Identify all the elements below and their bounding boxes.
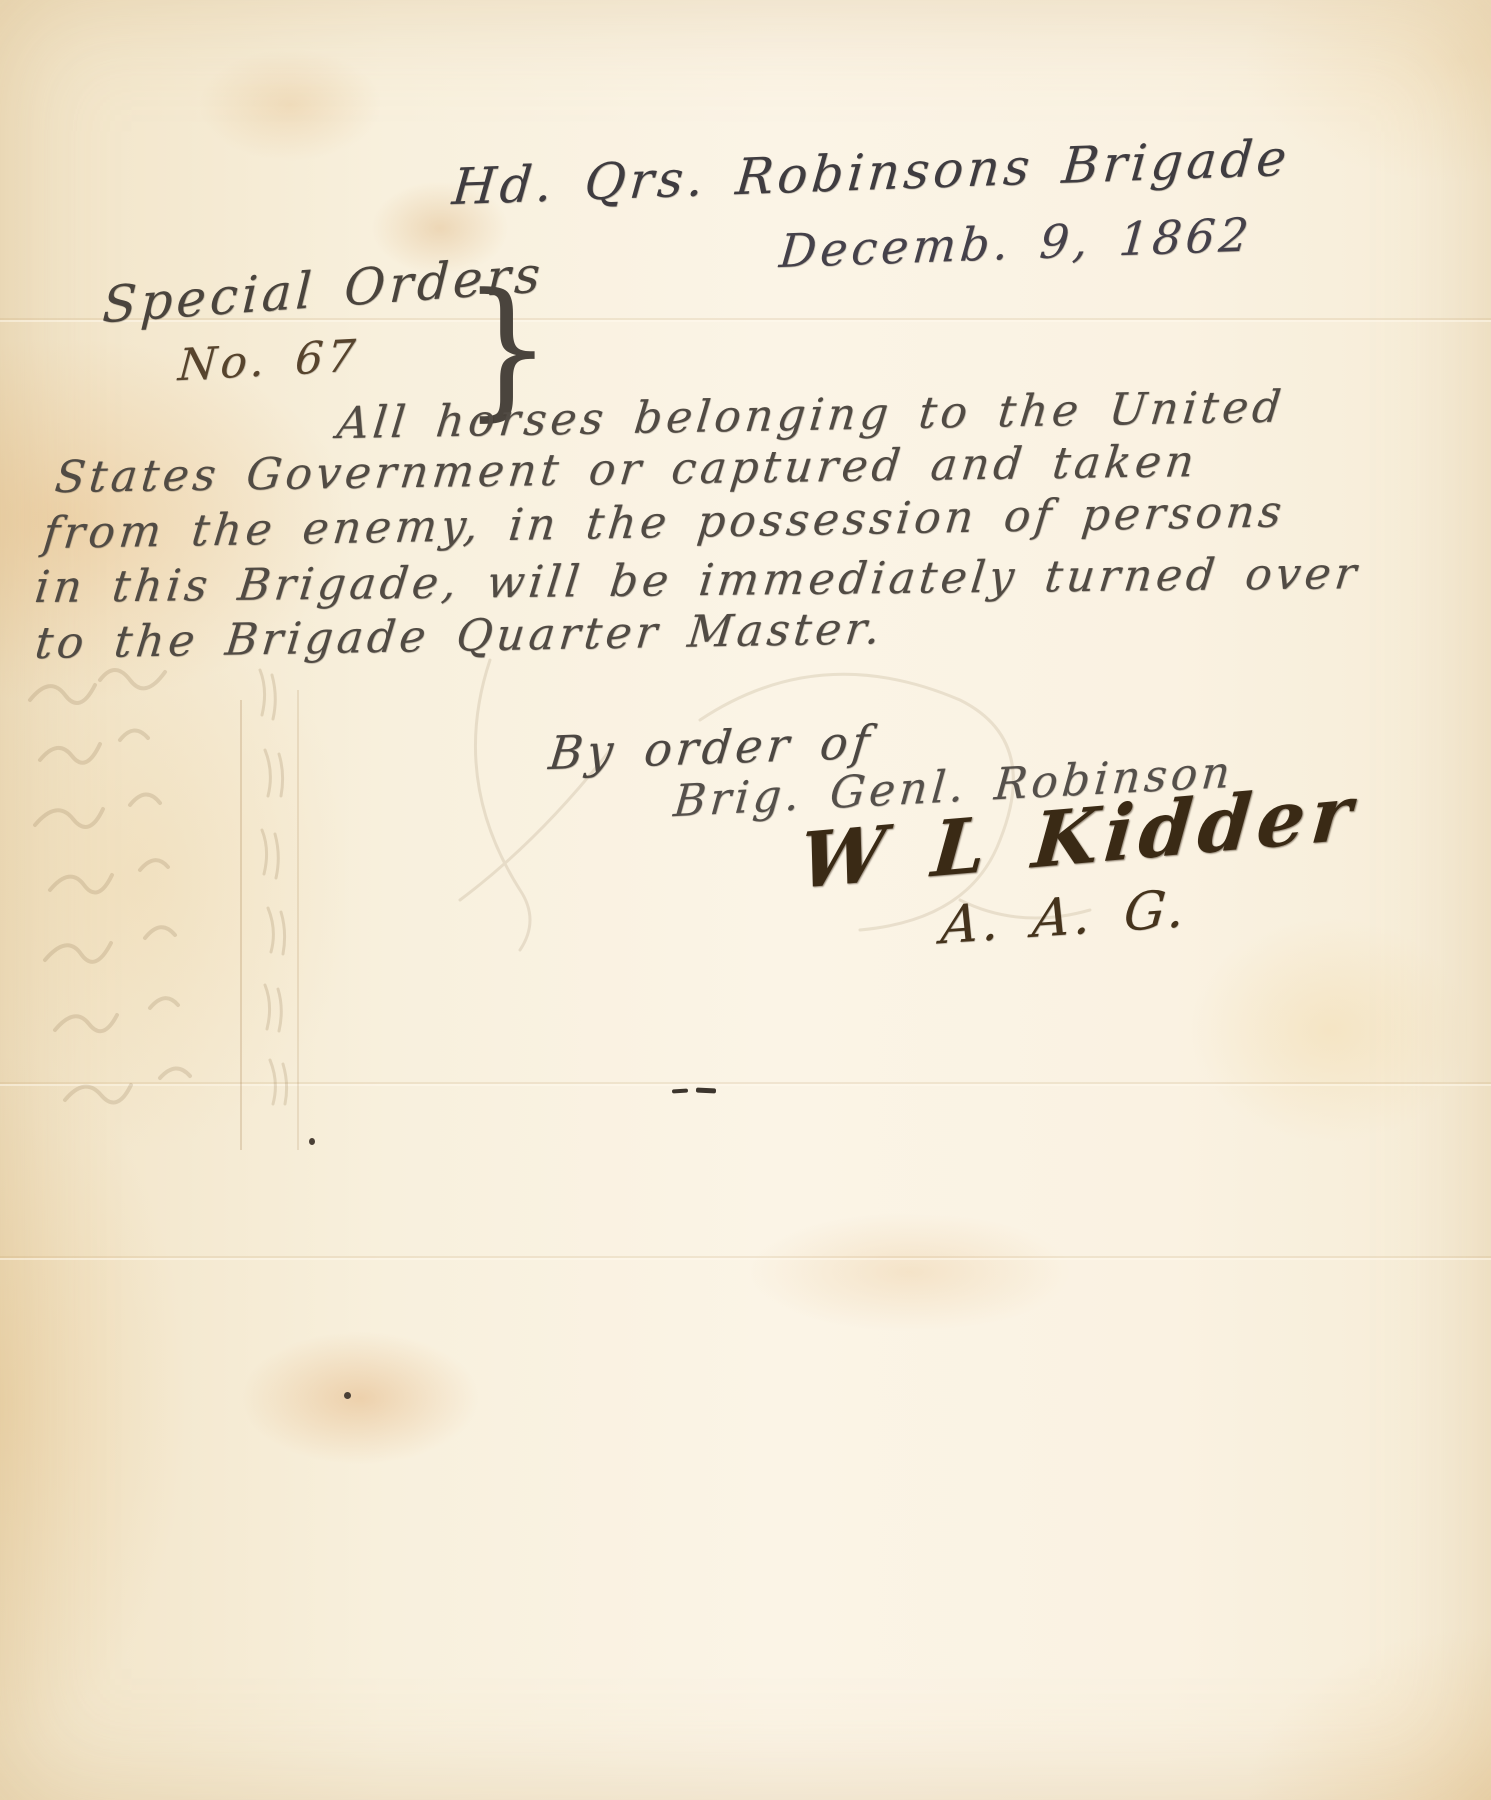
body-line: in this Brigade, will be immediately tur… <box>32 548 1362 613</box>
horizontal-crease <box>0 1256 1491 1258</box>
heading-headquarters: Hd. Qrs. Robinsons Brigade <box>450 129 1293 216</box>
heading-date: Decemb. 9, 1862 <box>777 207 1254 278</box>
ink-dot <box>309 1138 315 1145</box>
ink-speck <box>696 1087 716 1093</box>
order-number: No. 67 <box>176 331 361 392</box>
bleedthrough-writing <box>10 640 340 1150</box>
ink-dot <box>344 1392 351 1399</box>
ink-speck <box>672 1088 688 1093</box>
scanned-letter-page: Hd. Qrs. Robinsons Brigade Decemb. 9, 18… <box>0 0 1491 1800</box>
